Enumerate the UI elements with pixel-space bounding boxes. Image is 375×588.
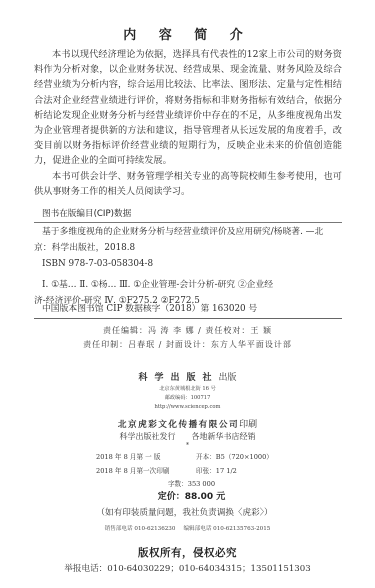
distribution: 科学出版社发行各地新华书店经销 xyxy=(0,431,375,442)
word-count: 字数：353 000 xyxy=(0,478,375,488)
printer-name: 北京虎彩文化传播有限公司 xyxy=(118,420,239,430)
publisher-info: 北京东黄城根北街 16 号 邮政编码：100717 http://www.sci… xyxy=(0,385,375,412)
cip-record-number: 中国版本图书馆 CIP 数据核字（2018）第 163020 号 xyxy=(42,301,257,314)
rights-statement: 版权所有，侵权必究 xyxy=(0,545,375,560)
star-separator: * xyxy=(0,442,375,449)
copyright-page: 内 容 简 介 本书以现代经济理论为依据，选择具有代表性的12家上市公司的财务资… xyxy=(0,0,375,588)
sales-phone: 销售部电话 010-62136230 xyxy=(105,526,176,532)
publisher: 科学出版社出版 xyxy=(0,370,375,383)
publisher-postcode: 邮政编码：100717 xyxy=(0,394,375,403)
edition: 2018 年 8 月第 一 版 xyxy=(96,453,160,461)
cip-line: 京：科学出版社，2018.8 xyxy=(34,240,342,256)
publisher-address: 北京东黄城根北街 16 号 xyxy=(0,385,375,394)
format: 开本：B5（720×1000） xyxy=(196,451,273,461)
divider xyxy=(34,222,342,223)
credits-production: 责任印制：吕春珉 / 封面设计：东方人华平面设计部 xyxy=(0,338,375,352)
sheets: 印张：17 1/2 xyxy=(196,465,237,475)
printer-suffix: 印刷 xyxy=(239,420,257,430)
page-title: 内 容 简 介 xyxy=(0,24,375,43)
cip-heading: 图书在版编目(CIP)数据 xyxy=(42,207,131,219)
credits: 责任编辑：冯 涛 李 娜 / 责任校对：王 颖 责任印制：吕春珉 / 封面设计：… xyxy=(0,324,375,352)
book-abstract: 本书以现代经济理论为依据，选择具有代表性的12家上市公司的财务资料作为分析对象，… xyxy=(34,47,342,199)
printer: 北京虎彩文化传播有限公司印刷 xyxy=(0,417,375,430)
cip-line: 基于多维度视角的企业财务分析与经营业绩评价及应用研究/杨晓著. —北 xyxy=(34,224,342,240)
printing: 2018 年 8 月第一次印刷 xyxy=(96,467,169,475)
cip-data: 基于多维度视角的企业财务分析与经营业绩评价及应用研究/杨晓著. —北 京：科学出… xyxy=(34,224,342,309)
report-phones: 举报电话：010-64030229；010-64034315；135011513… xyxy=(0,562,375,574)
cip-line: Ⅰ. ①基… Ⅱ. ①杨… Ⅲ. ①企业管理-会计分析-研究 ②企业经 xyxy=(34,277,342,293)
abstract-paragraph: 本书以现代经济理论为依据，选择具有代表性的12家上市公司的财务资料作为分析对象，… xyxy=(34,47,342,169)
publisher-suffix: 出版 xyxy=(219,373,237,383)
publisher-website: http://www.sciencep.com xyxy=(0,403,375,412)
spec-row: 2018 年 8 月第 一 版 开本：B5（720×1000） xyxy=(96,451,160,461)
credits-editors: 责任编辑：冯 涛 李 娜 / 责任校对：王 颖 xyxy=(0,324,375,338)
quality-notice: （如有印装质量问题，我社负责调换〈虎彩〉） xyxy=(0,506,375,518)
cip-line: ISBN 978-7-03-058304-8 xyxy=(34,256,342,272)
publisher-name: 科学出版社 xyxy=(138,373,218,383)
spec-row: 2018 年 8 月第一次印刷 印张：17 1/2 xyxy=(96,465,169,475)
issuer: 科学出版社发行 xyxy=(120,432,176,441)
price: 定价：88.00 元 xyxy=(0,489,375,502)
editorial-phone: 编辑部电话 010-62135763-2015 xyxy=(183,526,270,532)
abstract-paragraph: 本书可供会计学、财务管理学相关专业的高等院校师生参考使用，也可供从事财务工作的相… xyxy=(34,169,342,199)
contact-phones: 销售部电话 010-62136230编辑部电话 010-62135763-201… xyxy=(0,524,375,532)
seller: 各地新华书店经销 xyxy=(192,432,256,441)
divider xyxy=(34,318,342,319)
